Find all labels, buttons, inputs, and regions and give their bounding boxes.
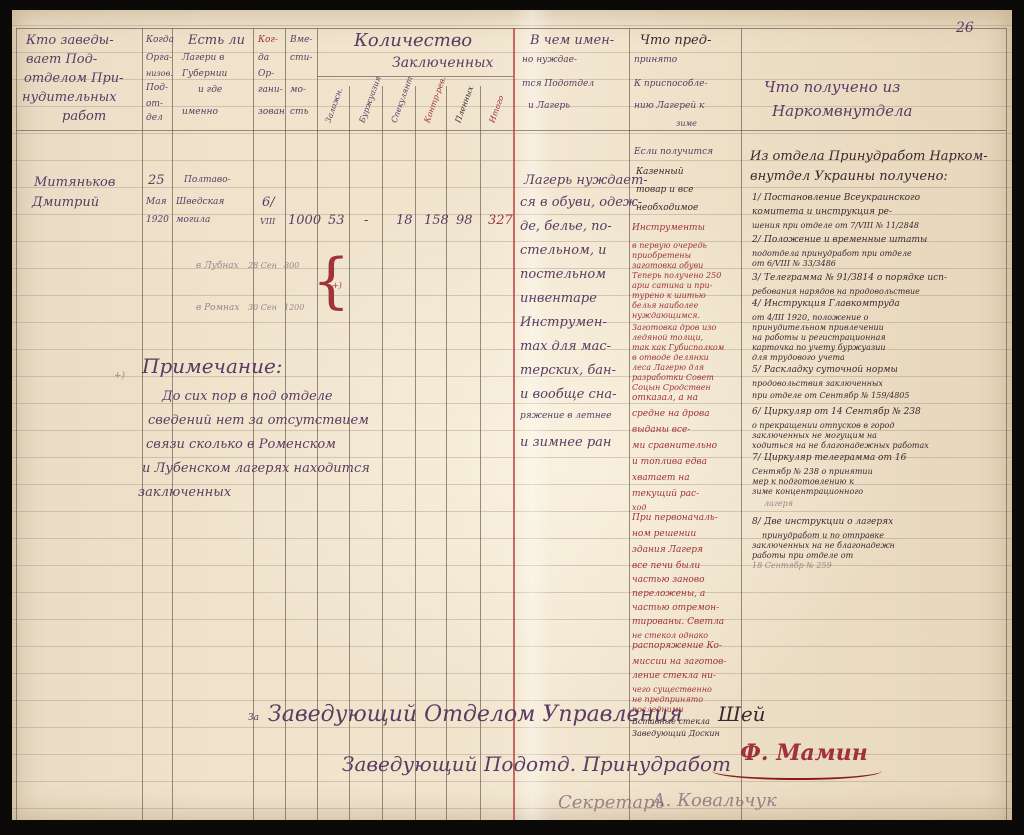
count-total: 327 xyxy=(488,214,513,227)
count-header-line xyxy=(317,76,513,77)
ledger-sheet: 26 Кто заведы- вает Под- отделом При- ну… xyxy=(12,10,1012,820)
signature-name-3: А. Ковальчук xyxy=(652,790,777,811)
page-number: 26 xyxy=(956,20,974,36)
signature-title-3: Секретарь xyxy=(558,792,664,813)
column-line xyxy=(1006,28,1007,820)
count-prisoners: 98 xyxy=(456,214,473,227)
count-hostages: 53 xyxy=(328,214,345,227)
note-title: Примечание: xyxy=(142,356,283,376)
count-bourgeois: - xyxy=(364,214,368,227)
signature-title-1: Заведующий Отделом Управления xyxy=(268,702,683,727)
signature-underline xyxy=(712,762,882,780)
header-bottom-line xyxy=(16,130,1006,131)
header-top-line xyxy=(16,28,1006,29)
signature-name-1: Шей xyxy=(718,702,766,726)
column-line xyxy=(16,28,17,820)
signature-title-2: Заведующий Подотд. Принудработ xyxy=(342,752,731,776)
column-line xyxy=(142,28,143,820)
count-speculators: 18 xyxy=(396,214,413,227)
count-counterrev: 158 xyxy=(424,214,449,227)
